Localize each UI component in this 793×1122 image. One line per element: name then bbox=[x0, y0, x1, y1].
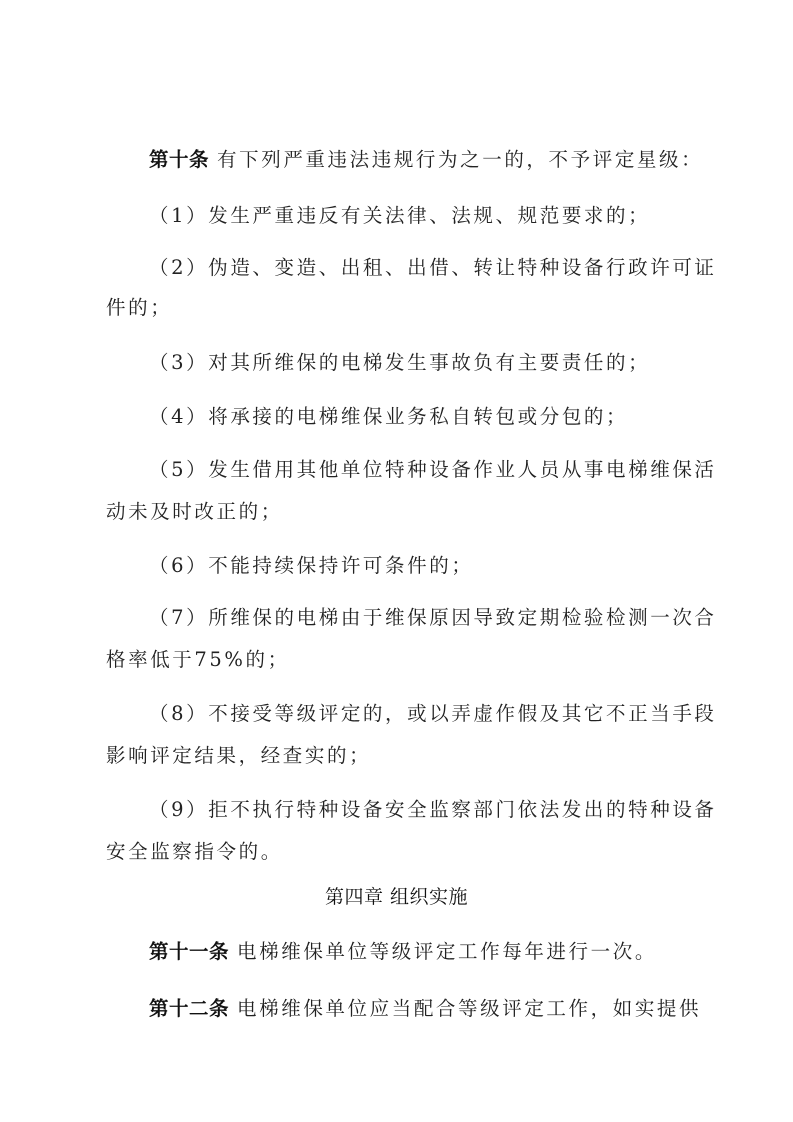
item-text: 不能持续保持许可条件的； bbox=[208, 554, 473, 577]
article-label: 第十一条 bbox=[149, 940, 229, 963]
list-item-9-continuation: 安全监察指令的。 bbox=[106, 840, 706, 864]
item-text: 发生借用其他单位特种设备作业人员从事电梯维保活 bbox=[208, 458, 716, 481]
article-12: 第十二条电梯维保单位应当配合等级评定工作，如实提供 bbox=[149, 997, 749, 1021]
item-number: （9） bbox=[149, 798, 208, 821]
list-item-8: （8）不接受等级评定的，或以弄虚作假及其它不正当手段 bbox=[149, 702, 749, 726]
list-item-4: （4）将承接的电梯维保业务私自转包或分包的； bbox=[149, 405, 749, 429]
item-text: 伪造、变造、出租、出借、转让特种设备行政许可证 bbox=[208, 256, 716, 279]
item-number: （8） bbox=[149, 702, 208, 725]
list-item-5: （5）发生借用其他单位特种设备作业人员从事电梯维保活 bbox=[149, 458, 749, 482]
item-number: （4） bbox=[149, 405, 208, 428]
item-number: （5） bbox=[149, 458, 208, 481]
list-item-2: （2）伪造、变造、出租、出借、转让特种设备行政许可证 bbox=[149, 256, 749, 280]
item-text: 所维保的电梯由于维保原因导致定期检验检测一次合 bbox=[208, 606, 716, 629]
list-item-9: （9）拒不执行特种设备安全监察部门依法发出的特种设备 bbox=[149, 798, 749, 822]
item-number: （7） bbox=[149, 606, 208, 629]
document-page: 第十条有下列严重违法违规行为之一的，不予评定星级： （1）发生严重违反有关法律、… bbox=[0, 0, 793, 1122]
chapter-heading: 第四章 组织实施 bbox=[0, 885, 793, 909]
article-label: 第十二条 bbox=[149, 997, 229, 1020]
article-11: 第十一条电梯维保单位等级评定工作每年进行一次。 bbox=[149, 940, 749, 964]
list-item-3: （3）对其所维保的电梯发生事故负有主要责任的； bbox=[149, 351, 749, 375]
item-number: （6） bbox=[149, 554, 208, 577]
list-item-7-continuation: 格率低于75%的； bbox=[106, 648, 706, 672]
article-label: 第十条 bbox=[149, 148, 209, 171]
list-item-7: （7）所维保的电梯由于维保原因导致定期检验检测一次合 bbox=[149, 606, 749, 630]
item-number: （2） bbox=[149, 256, 208, 279]
item-text: 发生严重违反有关法律、法规、规范要求的； bbox=[208, 204, 650, 227]
list-item-6: （6）不能持续保持许可条件的； bbox=[149, 554, 749, 578]
article-text: 电梯维保单位应当配合等级评定工作，如实提供 bbox=[237, 997, 701, 1020]
item-text: 对其所维保的电梯发生事故负有主要责任的； bbox=[208, 351, 650, 374]
item-number: （1） bbox=[149, 204, 208, 227]
item-text: 不接受等级评定的，或以弄虚作假及其它不正当手段 bbox=[208, 702, 716, 725]
list-item-8-continuation: 影响评定结果，经查实的； bbox=[106, 744, 706, 768]
list-item-2-continuation: 件的； bbox=[106, 296, 706, 320]
article-text: 电梯维保单位等级评定工作每年进行一次。 bbox=[237, 940, 657, 963]
list-item-5-continuation: 动未及时改正的； bbox=[106, 500, 706, 524]
article-text: 有下列严重违法违规行为之一的，不予评定星级： bbox=[217, 148, 703, 171]
item-text: 拒不执行特种设备安全监察部门依法发出的特种设备 bbox=[208, 798, 716, 821]
item-number: （3） bbox=[149, 351, 208, 374]
list-item-1: （1）发生严重违反有关法律、法规、规范要求的； bbox=[149, 204, 749, 228]
item-text: 将承接的电梯维保业务私自转包或分包的； bbox=[208, 405, 628, 428]
article-10-heading: 第十条有下列严重违法违规行为之一的，不予评定星级： bbox=[149, 148, 749, 172]
